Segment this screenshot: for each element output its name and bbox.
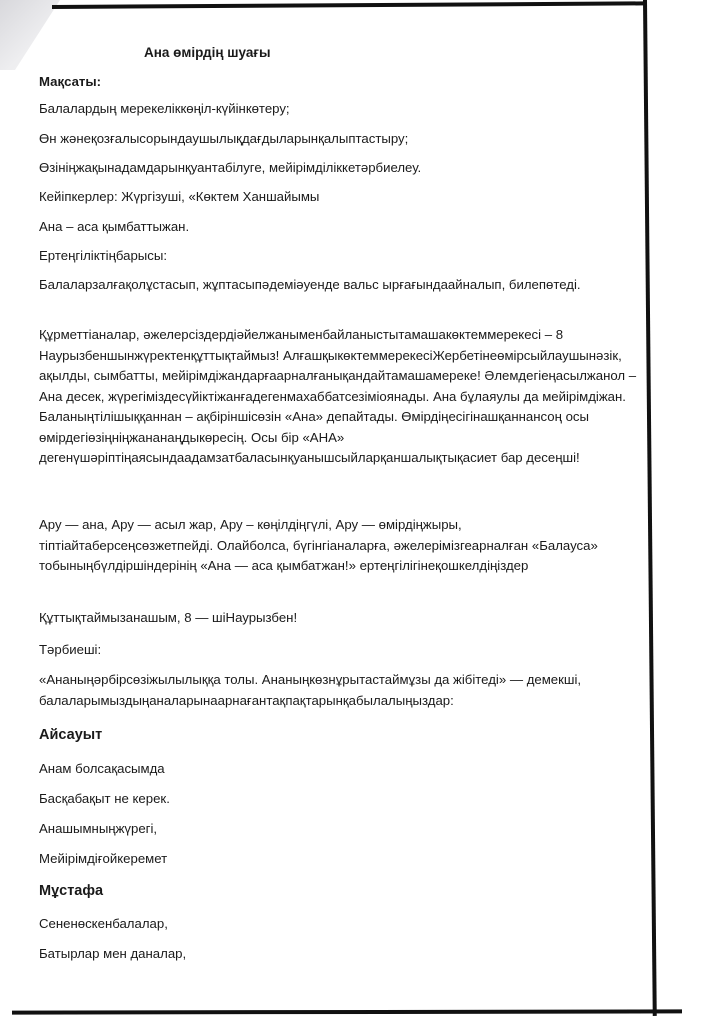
teacher-label: Тәрбиеші: [39, 640, 639, 660]
poem-line: Басқабақыт не керек. [39, 789, 639, 809]
paragraph-2: Ару — ана, Ару — асыл жар, Ару – көңілді… [39, 515, 639, 577]
poem-speaker: Айсауыт [39, 725, 639, 745]
intro-action: Балаларзалғақолұстасып, жұптасыпәдеміәуе… [39, 275, 599, 296]
document-title: Ана өмірдің шуағы [144, 43, 724, 63]
poem-line: Батырлар мен даналар, [39, 944, 639, 964]
goal-item: Өн жәнеқозғалысорындаушылықдағдыларынқал… [39, 129, 639, 149]
teacher-speech: «Ананыңәрбірсөзіжылылыққа толы. Ананыңкө… [39, 670, 624, 711]
paragraph-1: Құрметтіаналар, әжелерсіздердіәйелжаныме… [39, 325, 639, 469]
poem-line: Анашымныңжүрегі, [39, 819, 639, 839]
mother-line: Ана – аса қымбаттыжан. [39, 217, 639, 237]
folded-page-corner [0, 0, 60, 70]
goals-heading: Мақсаты: [39, 72, 639, 92]
goal-item: Балалардың мерекеліккөңіл-күйінкөтеру; [39, 99, 639, 119]
poem-line: Сененөскенбалалар, [39, 914, 639, 934]
poem-speaker: Мұстафа [39, 881, 639, 901]
page-border-right [643, 0, 657, 1016]
poem-line: Мейірімдіғойкеремет [39, 849, 639, 869]
page-border-top [52, 1, 644, 9]
goal-item: Өзініңжақынадамдарынқуантабілуге, мейірі… [39, 158, 639, 178]
page-border-bottom [12, 1009, 682, 1014]
progress-heading: Ертеңгіліктіңбарысы: [39, 246, 639, 266]
greeting-line: Құттықтаймызанашым, 8 — шіНаурызбен! [39, 608, 639, 628]
poem-line: Анам болсақасымда [39, 759, 639, 779]
characters-line: Кейіпкерлер: Жүргізуші, «Көктем Ханшайым… [39, 187, 639, 207]
